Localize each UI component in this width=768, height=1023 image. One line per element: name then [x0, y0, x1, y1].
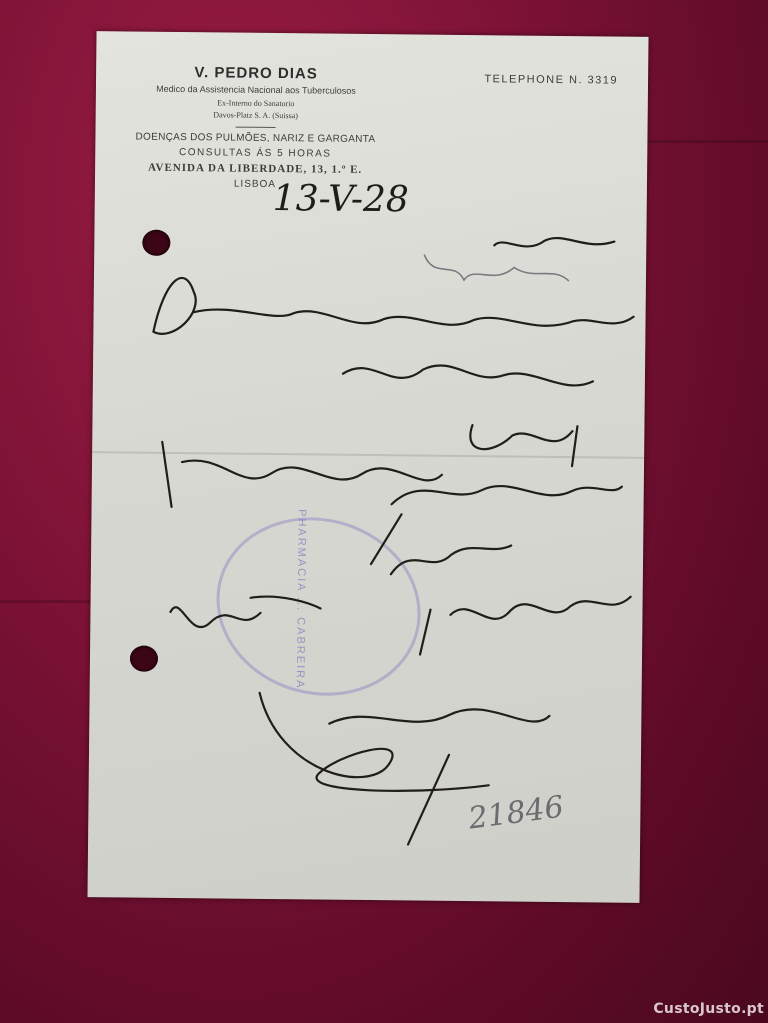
prescription-paper: V. PEDRO DIAS Medico da Assistencia Naci… [87, 31, 648, 903]
fabric-fold [0, 600, 90, 603]
handwritten-prescription [87, 31, 648, 903]
fabric-fold [640, 140, 768, 143]
site-watermark: CustoJusto.pt [653, 1001, 764, 1017]
